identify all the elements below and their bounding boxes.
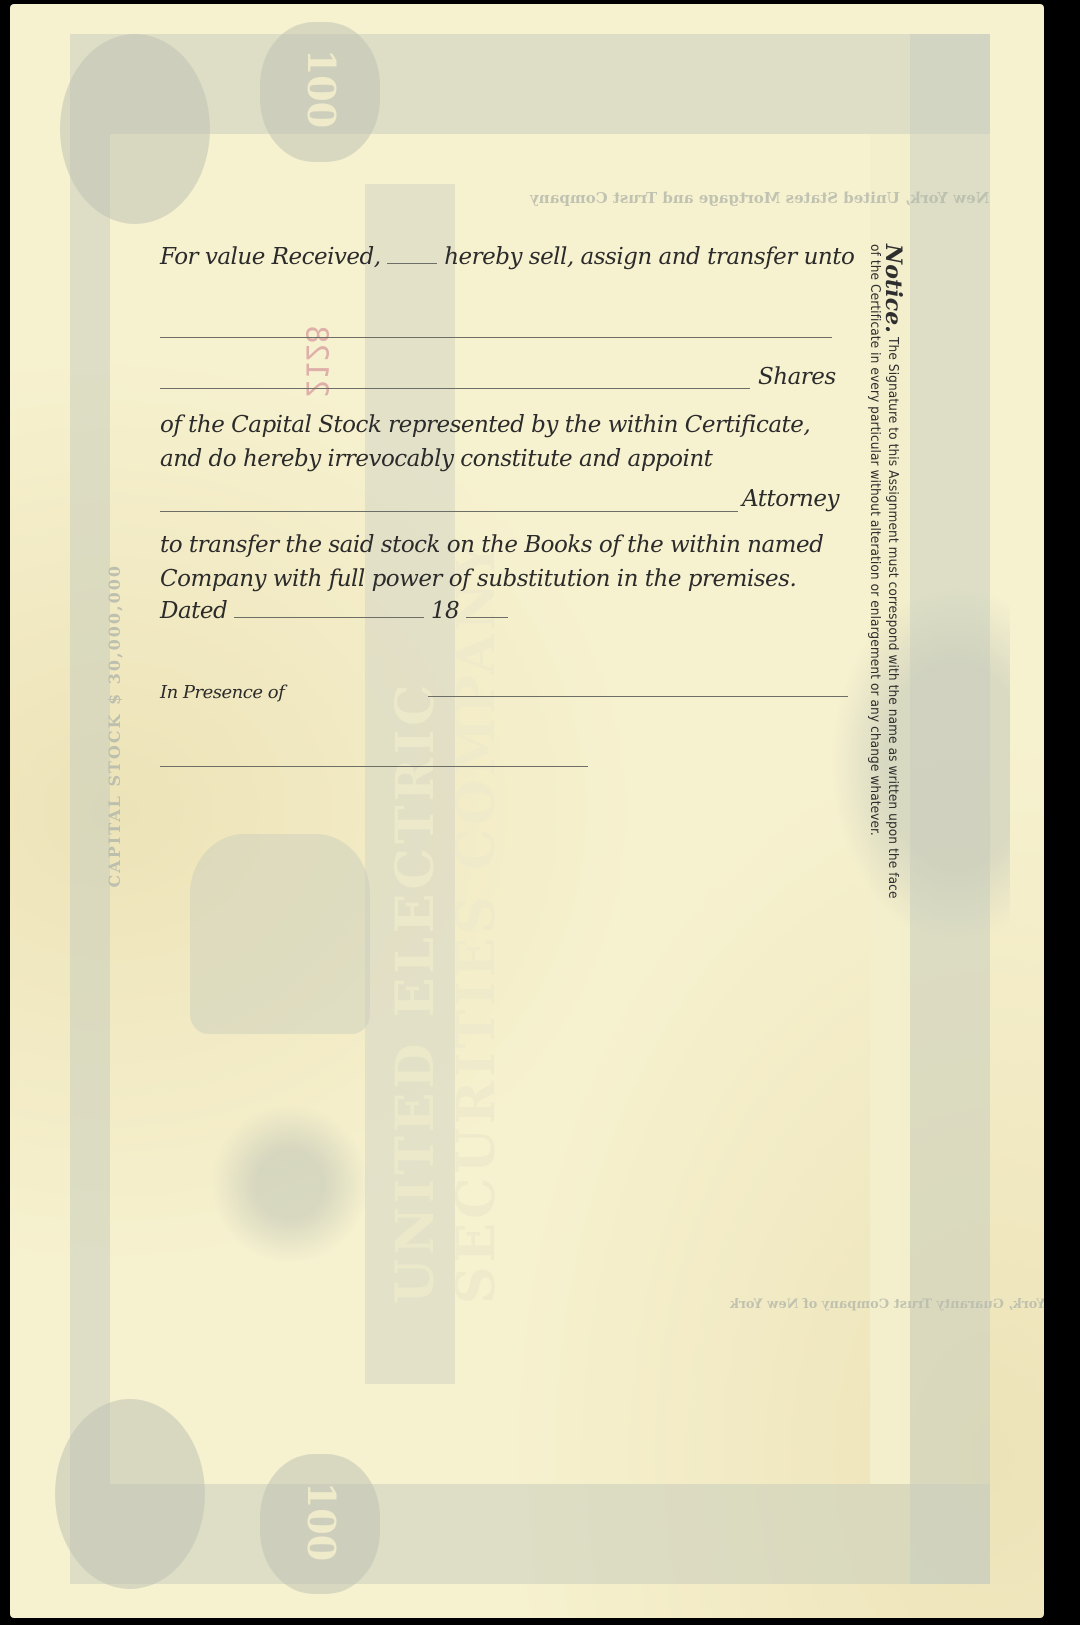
assignment-line-4: and do hereby irrevocably constitute and… [160, 446, 712, 472]
engraved-border-left [70, 134, 110, 1484]
presence-label: In Presence of [160, 682, 284, 703]
denomination-top: 100 [299, 49, 344, 128]
notice-text-1: The Signature to this Assignment must co… [885, 337, 901, 899]
engraved-border-bottom [70, 1484, 990, 1584]
assignment-line-6: to transfer the said stock on the Books … [160, 532, 823, 558]
date-blank[interactable] [234, 617, 424, 618]
registrar-bleed: New York, United States Mortgage and Tru… [530, 189, 989, 207]
signature-line[interactable] [428, 696, 848, 697]
building-vignette [190, 834, 370, 1034]
assignment-line-7: Company with full power of substitution … [160, 566, 796, 592]
denomination-bottom: 100 [299, 1482, 344, 1561]
year-prefix: 18 [431, 598, 459, 624]
witness-line[interactable] [160, 766, 588, 767]
assignment-line-1: For value Received, hereby sell, assign … [160, 244, 854, 270]
dated-label: Dated [160, 598, 227, 624]
notice-heading: Notice. [880, 244, 906, 333]
transfer-agent-bleed: New York, Guaranty Trust Company of New … [730, 1297, 1044, 1312]
notice-text-2: of the Certificate in every particular w… [867, 244, 883, 836]
signature-notice: Notice. The Signature to this Assignment… [860, 244, 902, 944]
assignee-line[interactable] [160, 337, 832, 338]
year-blank[interactable] [466, 617, 508, 618]
shares-label: Shares [758, 364, 836, 390]
assignment-line-3: of the Capital Stock represented by the … [160, 412, 810, 438]
sell-assign-text: hereby sell, assign and transfer unto [444, 244, 854, 270]
corner-medallion-bottom [55, 1399, 205, 1589]
certificate-paper: 100 100 UNITED ELECTRIC SECURITIES COMPA… [10, 4, 1044, 1618]
shares-line[interactable] [160, 388, 750, 389]
corner-medallion-top [60, 34, 210, 224]
corporate-seal [830, 584, 1010, 944]
attorney-label: Attorney [742, 486, 839, 512]
dated-row: Dated 18 [160, 598, 508, 624]
attorney-line[interactable] [160, 511, 738, 512]
for-value-label: For value Received, [160, 244, 381, 270]
capital-caption-bleed: CAPITAL STOCK $ 30,000,000 [105, 564, 124, 887]
assignor-blank[interactable] [387, 263, 437, 264]
sunburst-ornament [210, 1104, 370, 1264]
